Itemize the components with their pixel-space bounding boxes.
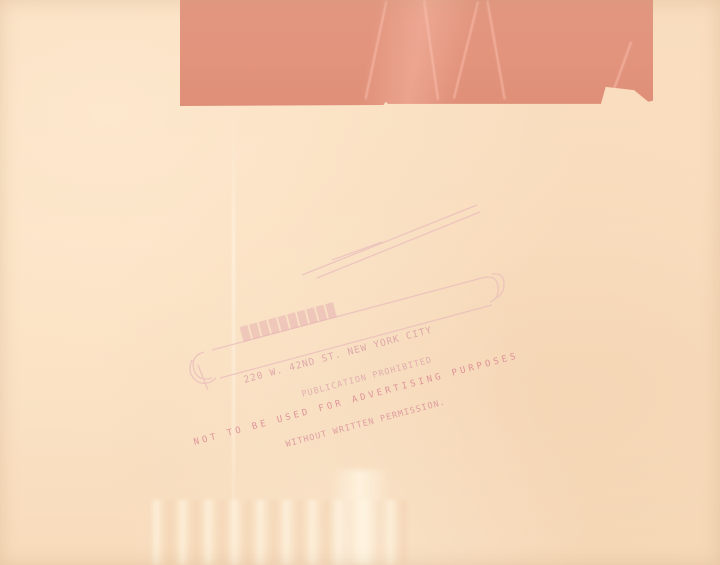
photo-back-sheet: ██████████ 220 W. 42ND ST. NEW YORK CITY…: [0, 0, 720, 565]
pink-paper-remnant: [180, 0, 653, 106]
stamp-prohibition: PUBLICATION PROHIBITED: [301, 355, 434, 399]
photographer-stamp: ██████████ 220 W. 42ND ST. NEW YORK CITY…: [182, 200, 542, 440]
stamp-permission-notice: WITHOUT WRITTEN PERMISSION.: [285, 397, 447, 449]
paper-fold: [232, 110, 235, 565]
stamp-address: 220 W. 42ND ST. NEW YORK CITY: [243, 325, 434, 386]
stamp-usage-notice: NOT TO BE USED FOR ADVERTISING PURPOSES: [193, 351, 520, 448]
paper-wrinkle-highlight: [330, 470, 390, 565]
stamp-studio-name: ██████████: [240, 303, 339, 343]
scroll-banner-icon: [182, 200, 542, 440]
